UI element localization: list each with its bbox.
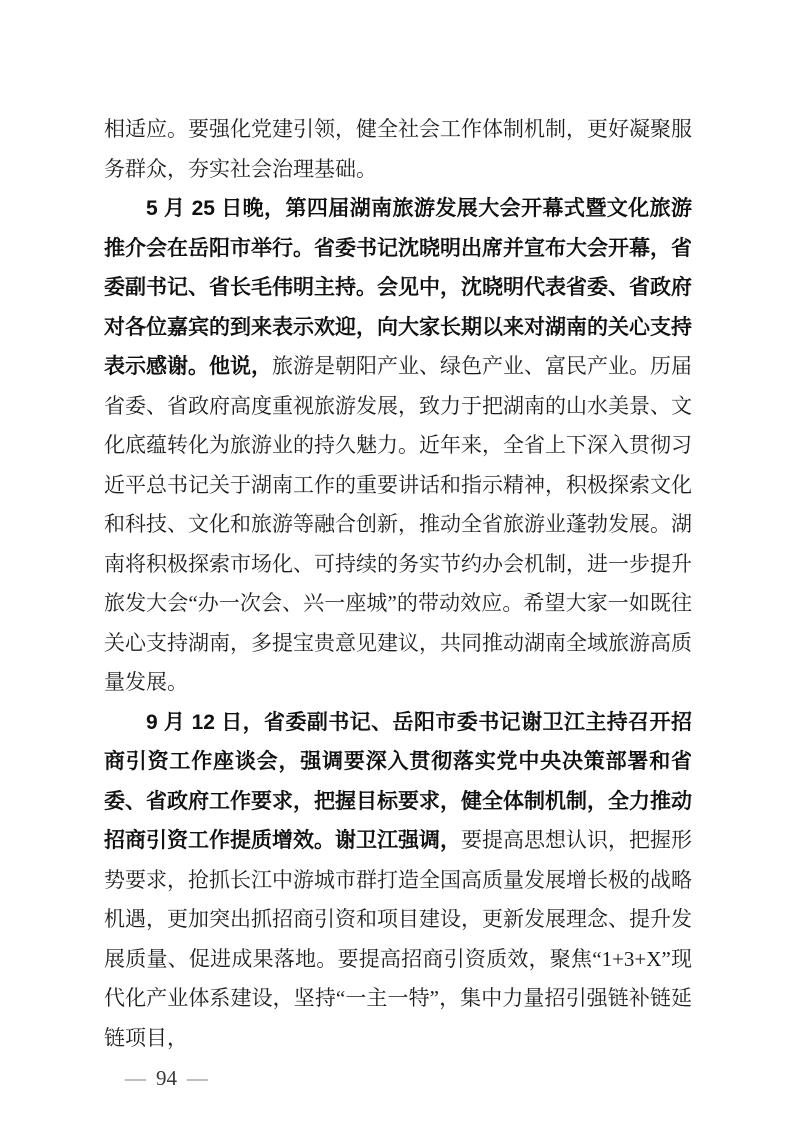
paragraph-sep12-investment-meeting: 9 月 12 日，省委副书记、岳阳市委书记谢卫江主持召开招商引资工作座谈会，强调… [104,703,692,1059]
page-number: 94 [146,1066,187,1090]
text-segment: 相适应。要强化党建引领，健全社会工作体制机制，更好凝聚服务群众，夯实社会治理基础… [104,117,692,181]
text-segment-bold: 5 月 25 日晚，第四届湖南旅游发展大会开幕式暨文化旅游推介会在岳阳市举行。省… [104,197,692,378]
document-page: 相适应。要强化党建引领，健全社会工作体制机制，更好凝聚服务群众，夯实社会治理基础… [0,0,793,1122]
page-number-footer: —94— [104,1036,208,1120]
paragraph-may25-tourism-conference: 5 月 25 日晚，第四届湖南旅游发展大会开幕式暨文化旅游推介会在岳阳市举行。省… [104,189,692,703]
text-segment: 旅游是朝阳产业、绿色产业、富民产业。历届省委、省政府高度重视旅游发展，致力于把湖… [104,354,692,694]
document-body: 相适应。要强化党建引领，健全社会工作体制机制，更好凝聚服务群众，夯实社会治理基础… [104,110,692,1058]
footer-left-dash: — [125,1066,146,1090]
text-segment: 要提高思想认识，把握形势要求，抢抓长江中游城市群打造全国高质量发展增长极的战略机… [104,828,692,1050]
footer-right-dash: — [187,1066,208,1090]
paragraph-continuation: 相适应。要强化党建引领，健全社会工作体制机制，更好凝聚服务群众，夯实社会治理基础… [104,110,692,189]
